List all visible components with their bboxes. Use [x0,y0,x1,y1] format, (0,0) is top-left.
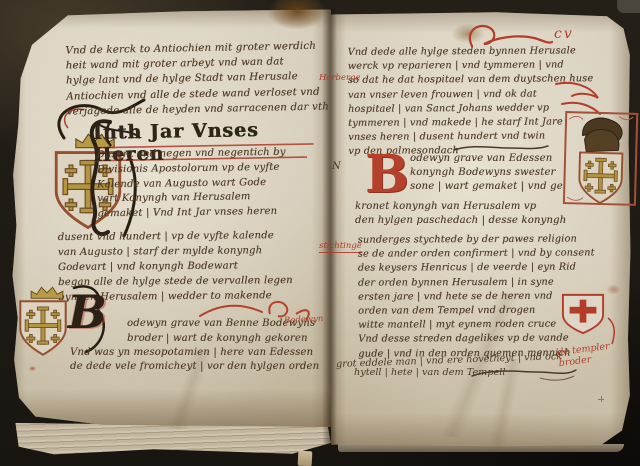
text-line: konyngh Bodewyns swester [410,166,563,180]
text-line: kronet konyngh van Herusalem vp [355,200,566,214]
text-line: broder | wart de konyngh gekoren [127,331,315,346]
body-text-block: Vnd was yn mesopotamien | here van Edess… [70,346,319,373]
text-line: odewyn grave van Edessen [410,152,563,166]
margin-note: stichtinge [319,241,362,253]
body-text-block: odewyn grave van Edessenkonyngh Bodewyns… [410,152,563,194]
book-clasp [298,451,313,466]
manuscript-photo: Vnd de kerck to Antiochien mit groter we… [0,0,640,466]
margin-armorial-achievement [561,109,640,213]
paragraph-mark: N [332,161,341,172]
templar-arms: de templerbroder [558,292,628,382]
margin-note: de templerbroder [557,341,612,369]
text-line: se de ander orden confirmert | vnd by co… [358,247,595,262]
text-line: Vnd was yn mesopotamien | here van Edess… [70,346,319,360]
jerusalem-cross-shield-icon [579,152,623,203]
body-text-block: Vnd de kerck to Antiochien mit groter we… [65,38,329,119]
text-line: gemaket | Vnd Int Jar vnses heren [97,205,286,222]
text-line: den hylgen paschedach | desse konyngh [355,214,566,228]
armorial-frame [561,109,640,209]
red-ink-blot [29,366,36,371]
body-text-block: kronet konyngh van Herusalem vpden hylge… [355,200,566,227]
text-line: van Augusto | starf der mylde konyngh [58,243,293,260]
templar-shield-icon [560,292,606,336]
text-line: de dede vele fromicheyt | vor den hylgen… [70,360,319,374]
text-line: der orden bynnen Herusalem | in syne [358,275,595,290]
initial-letter: B [68,288,107,336]
text-line: sone | wart gemaket | vnd ge [410,180,563,194]
page-stack-edge [9,423,331,455]
margin-note: Herberge [319,73,361,83]
text-line: sunderges stychtede by der pawes religio… [358,232,595,247]
initial-letter: B [365,147,409,203]
body-text-block: Dusent vnd negen vnd negentich byDivisio… [96,146,286,223]
text-line: des keysers Henricus | de veerde | eyn R… [358,261,595,276]
pricking-mark [598,396,604,402]
background-texture [617,0,640,13]
folio-number: cv [554,26,574,42]
margin-note: Bodewyn [284,314,324,326]
